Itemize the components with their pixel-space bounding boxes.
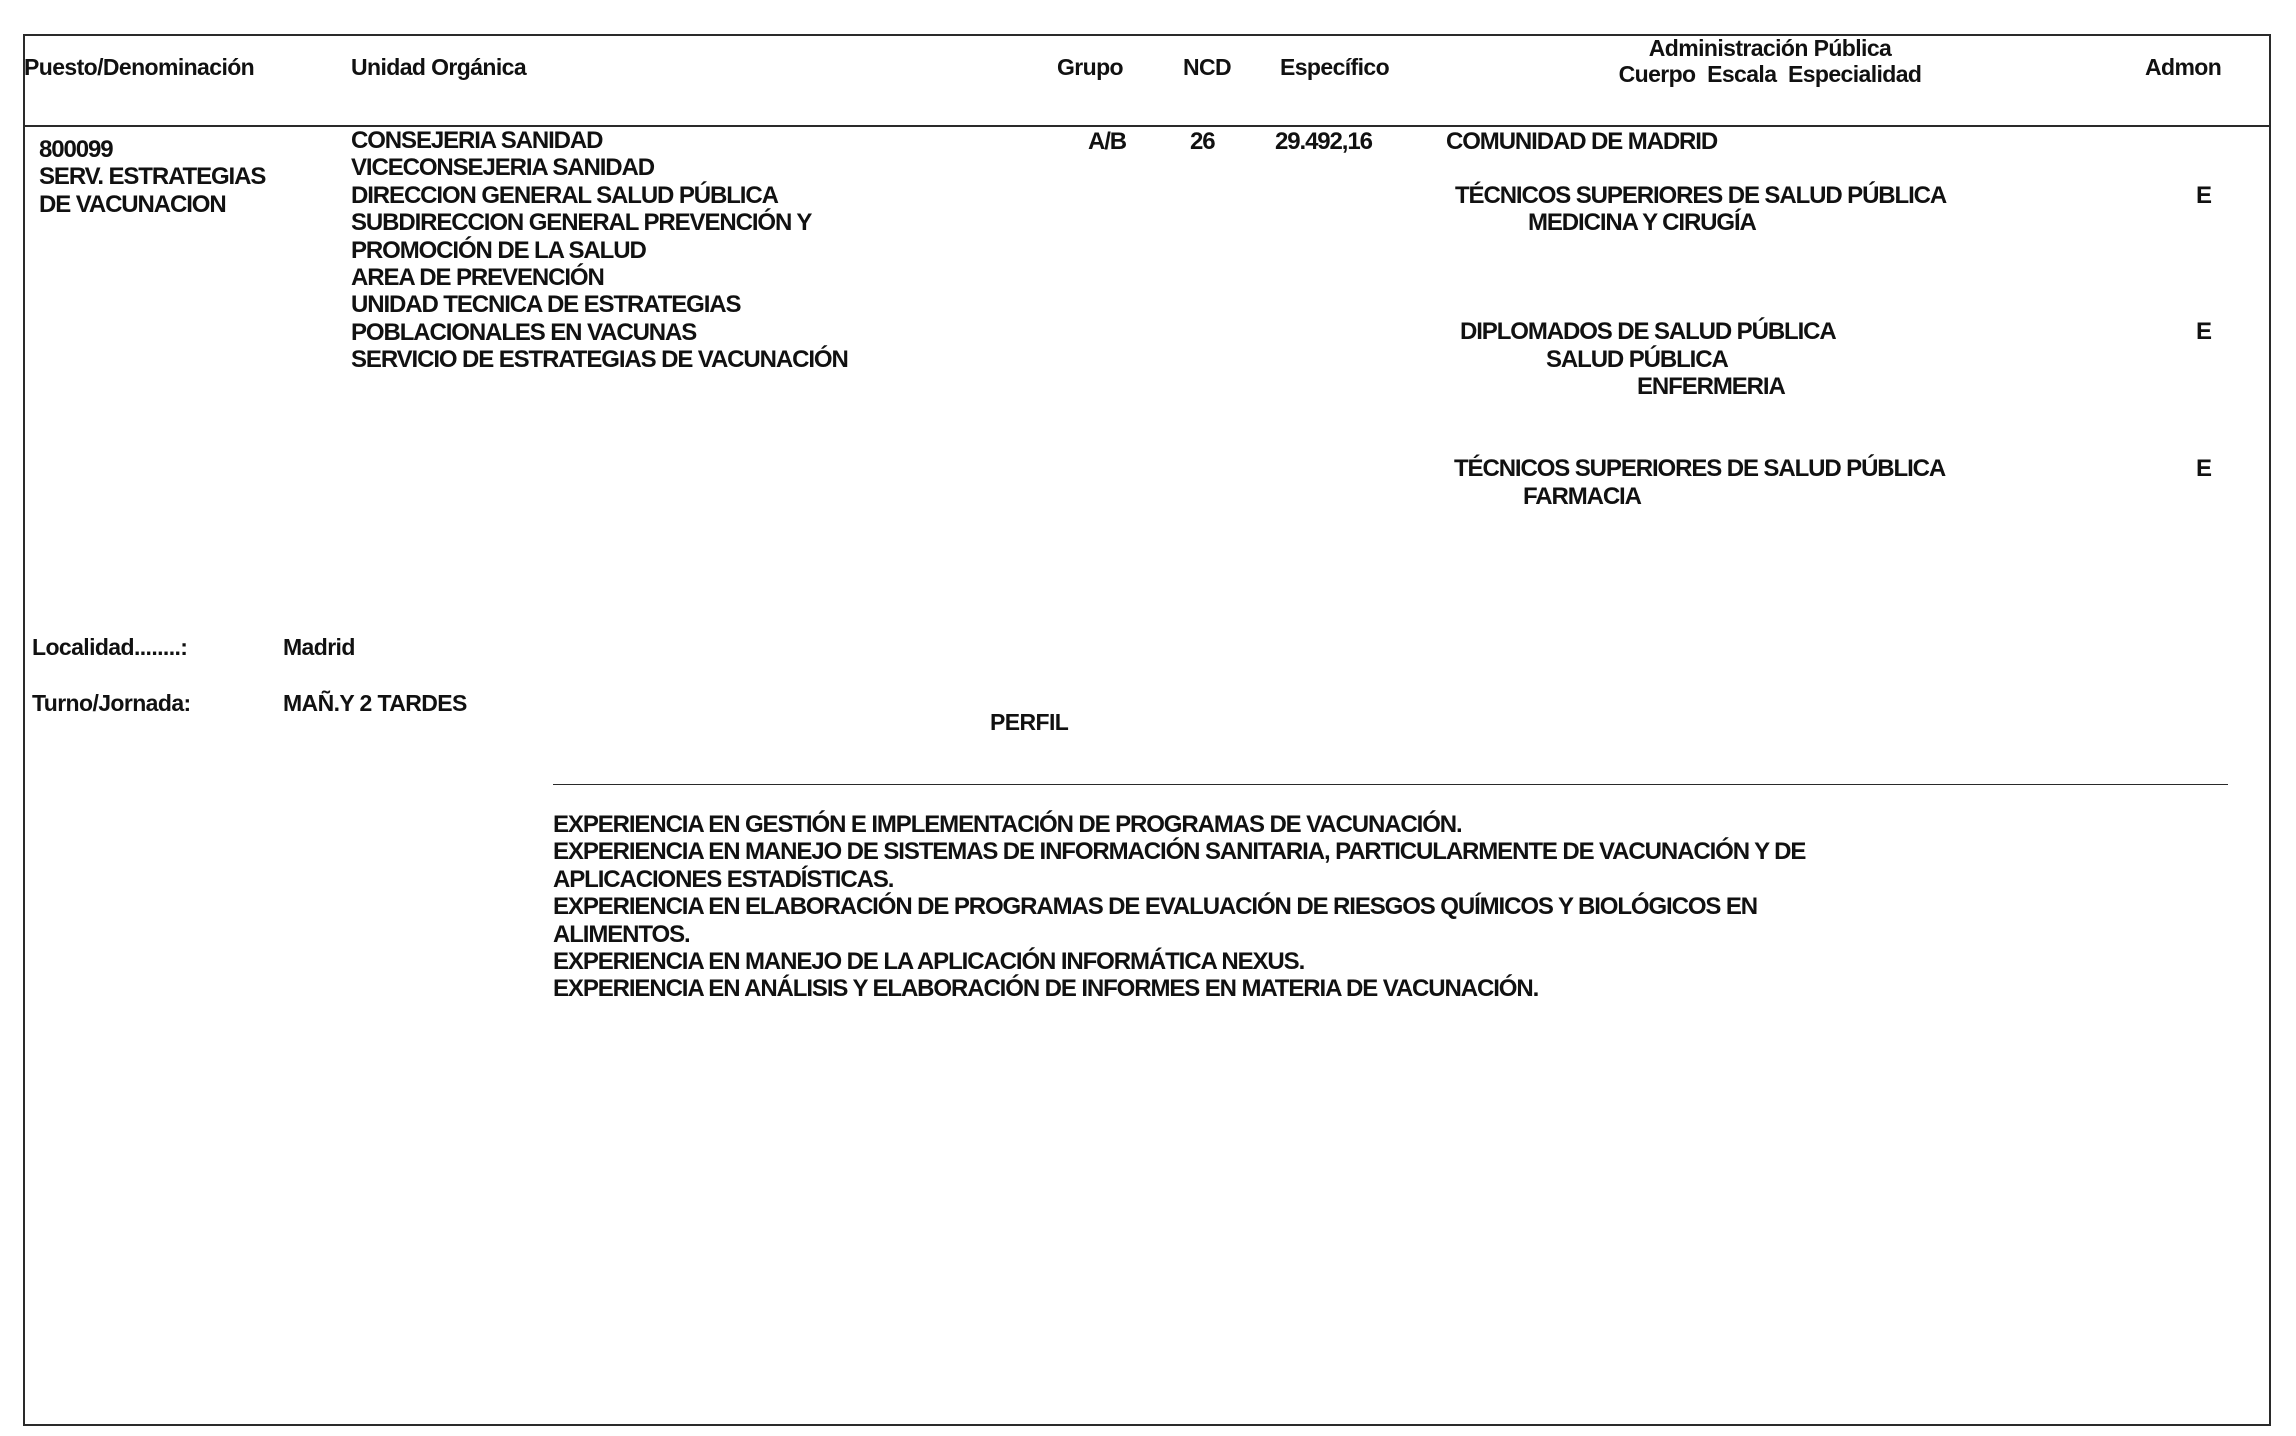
column-header-administracion: Administración Pública	[1570, 37, 1970, 60]
puesto-name-line: SERV. ESTRATEGIAS	[39, 163, 265, 190]
admon-value: E	[2196, 457, 2211, 481]
column-header-puesto: Puesto/Denominación	[24, 56, 254, 79]
column-header-unidad: Unidad Orgánica	[351, 56, 526, 79]
column-header-cuerpo-escala: Cuerpo Escala Especialidad	[1570, 63, 1970, 86]
unidad-line: VICECONSEJERIA SANIDAD	[351, 154, 848, 181]
puesto-name-line: DE VACUNACION	[39, 191, 265, 218]
admon-value: E	[2196, 320, 2211, 344]
unidad-line: AREA DE PREVENCIÓN	[351, 264, 848, 291]
perfil-line: APLICACIONES ESTADÍSTICAS.	[553, 866, 1805, 893]
unidad-line: SUBDIRECCION GENERAL PREVENCIÓN Y	[351, 209, 848, 236]
especifico-value: 29.492,16	[1275, 130, 1372, 154]
escala-name: MEDICINA Y CIRUGÍA	[1528, 211, 1756, 235]
perfil-lines: EXPERIENCIA EN GESTIÓN E IMPLEMENTACIÓN …	[553, 811, 1805, 1003]
perfil-line: EXPERIENCIA EN ANÁLISIS Y ELABORACIÓN DE…	[553, 975, 1805, 1002]
unidad-line: CONSEJERIA SANIDAD	[351, 127, 848, 154]
unidad-line: POBLACIONALES EN VACUNAS	[351, 319, 848, 346]
perfil-divider	[553, 784, 2228, 785]
column-header-ncd: NCD	[1183, 56, 1231, 79]
especialidad-name: ENFERMERIA	[1637, 375, 1785, 399]
unidad-line: UNIDAD TECNICA DE ESTRATEGIAS	[351, 291, 848, 318]
unidad-line: PROMOCIÓN DE LA SALUD	[351, 237, 848, 264]
localidad-label: Localidad........:	[32, 636, 187, 659]
grupo-value: A/B	[1088, 130, 1126, 154]
perfil-title: PERFIL	[990, 711, 1068, 734]
perfil-line: EXPERIENCIA EN MANEJO DE LA APLICACIÓN I…	[553, 948, 1805, 975]
administracion-value: COMUNIDAD DE MADRID	[1446, 130, 1717, 154]
cuerpo-name: TÉCNICOS SUPERIORES DE SALUD PÚBLICA	[1454, 457, 1945, 481]
column-header-especifico: Específico	[1280, 56, 1389, 79]
unidad-line: DIRECCION GENERAL SALUD PÚBLICA	[351, 182, 848, 209]
puesto-cell: 800099 SERV. ESTRATEGIAS DE VACUNACION	[39, 136, 265, 218]
unidad-organica-cell: CONSEJERIA SANIDAD VICECONSEJERIA SANIDA…	[351, 127, 848, 374]
escala-name: SALUD PÚBLICA	[1546, 348, 1728, 372]
perfil-line: ALIMENTOS.	[553, 921, 1805, 948]
cuerpo-name: TÉCNICOS SUPERIORES DE SALUD PÚBLICA	[1455, 184, 1946, 208]
escala-name: FARMACIA	[1523, 485, 1641, 509]
admon-value: E	[2196, 184, 2211, 208]
turno-label: Turno/Jornada:	[32, 692, 191, 715]
localidad-value: Madrid	[283, 636, 355, 659]
column-header-admon: Admon	[2145, 56, 2221, 79]
unidad-line: SERVICIO DE ESTRATEGIAS DE VACUNACIÓN	[351, 346, 848, 373]
column-header-grupo: Grupo	[1057, 56, 1123, 79]
cuerpo-name: DIPLOMADOS DE SALUD PÚBLICA	[1460, 320, 1836, 344]
perfil-line: EXPERIENCIA EN MANEJO DE SISTEMAS DE INF…	[553, 838, 1805, 865]
perfil-line: EXPERIENCIA EN GESTIÓN E IMPLEMENTACIÓN …	[553, 811, 1805, 838]
puesto-code: 800099	[39, 136, 265, 163]
turno-value: MAÑ.Y 2 TARDES	[283, 692, 467, 715]
perfil-line: EXPERIENCIA EN ELABORACIÓN DE PROGRAMAS …	[553, 893, 1805, 920]
ncd-value: 26	[1190, 130, 1215, 154]
